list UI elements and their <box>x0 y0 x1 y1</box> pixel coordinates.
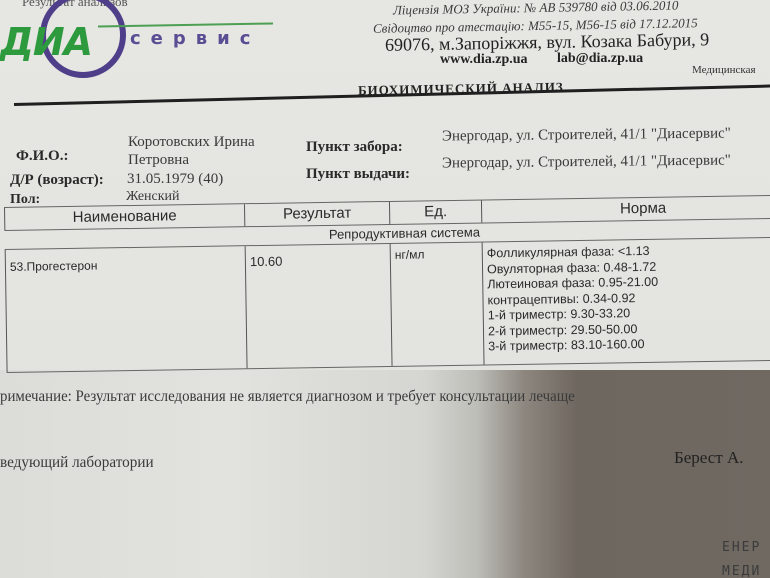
test-name: 53.Прогестерон <box>5 246 247 372</box>
issue-point-value: Энергодар, ул. Строителей, 41/1 "Диасерв… <box>442 152 731 172</box>
stamp-fragment: ЕНЕР <box>722 540 761 555</box>
header-result: Результат <box>244 202 389 226</box>
table-row: 53.Прогестерон 10.60 нг/мл Фолликулярная… <box>5 236 770 373</box>
company-logo: ДИА сервис <box>0 0 290 80</box>
logo-primary-text: ДИА <box>0 20 92 64</box>
dob-label: Д/Р (возраст): <box>10 172 104 189</box>
dob-value: 31.05.1979 (40) <box>127 171 223 188</box>
website-link[interactable]: www.dia.zp.ua <box>440 52 528 68</box>
issue-point-label: Пункт выдачи: <box>306 166 410 183</box>
collection-point-value: Энергодар, ул. Строителей, 41/1 "Диасерв… <box>442 125 731 145</box>
test-result: 10.60 <box>245 244 392 368</box>
patient-name-line1: Коротовских Ирина <box>128 134 255 151</box>
header-unit: Ед. <box>389 201 481 224</box>
lab-head-name: Берест А. <box>674 448 744 468</box>
collection-point-label: Пункт забора: <box>306 139 403 156</box>
sex-value: Женский <box>126 189 180 205</box>
results-table: Наименование Результат Ед. Норма Репроду… <box>4 194 770 373</box>
test-unit: нг/мл <box>390 243 484 366</box>
test-norms: Фолликулярная фаза: <1.13 Овуляторная фа… <box>482 237 770 364</box>
stamp-fragment-2: МЕДИ <box>722 564 761 578</box>
name-label: Ф.И.О.: <box>16 148 68 165</box>
organization-fragment: Медицинская <box>692 64 756 76</box>
patient-name-line2: Петровна <box>128 152 189 169</box>
disclaimer-note: римечание: Результат исследования не явл… <box>0 388 575 406</box>
logo-secondary-text: сервис <box>130 28 260 49</box>
email-link[interactable]: lab@dia.zp.ua <box>557 51 643 67</box>
lab-head-title: ведующий лаборатории <box>0 454 154 472</box>
